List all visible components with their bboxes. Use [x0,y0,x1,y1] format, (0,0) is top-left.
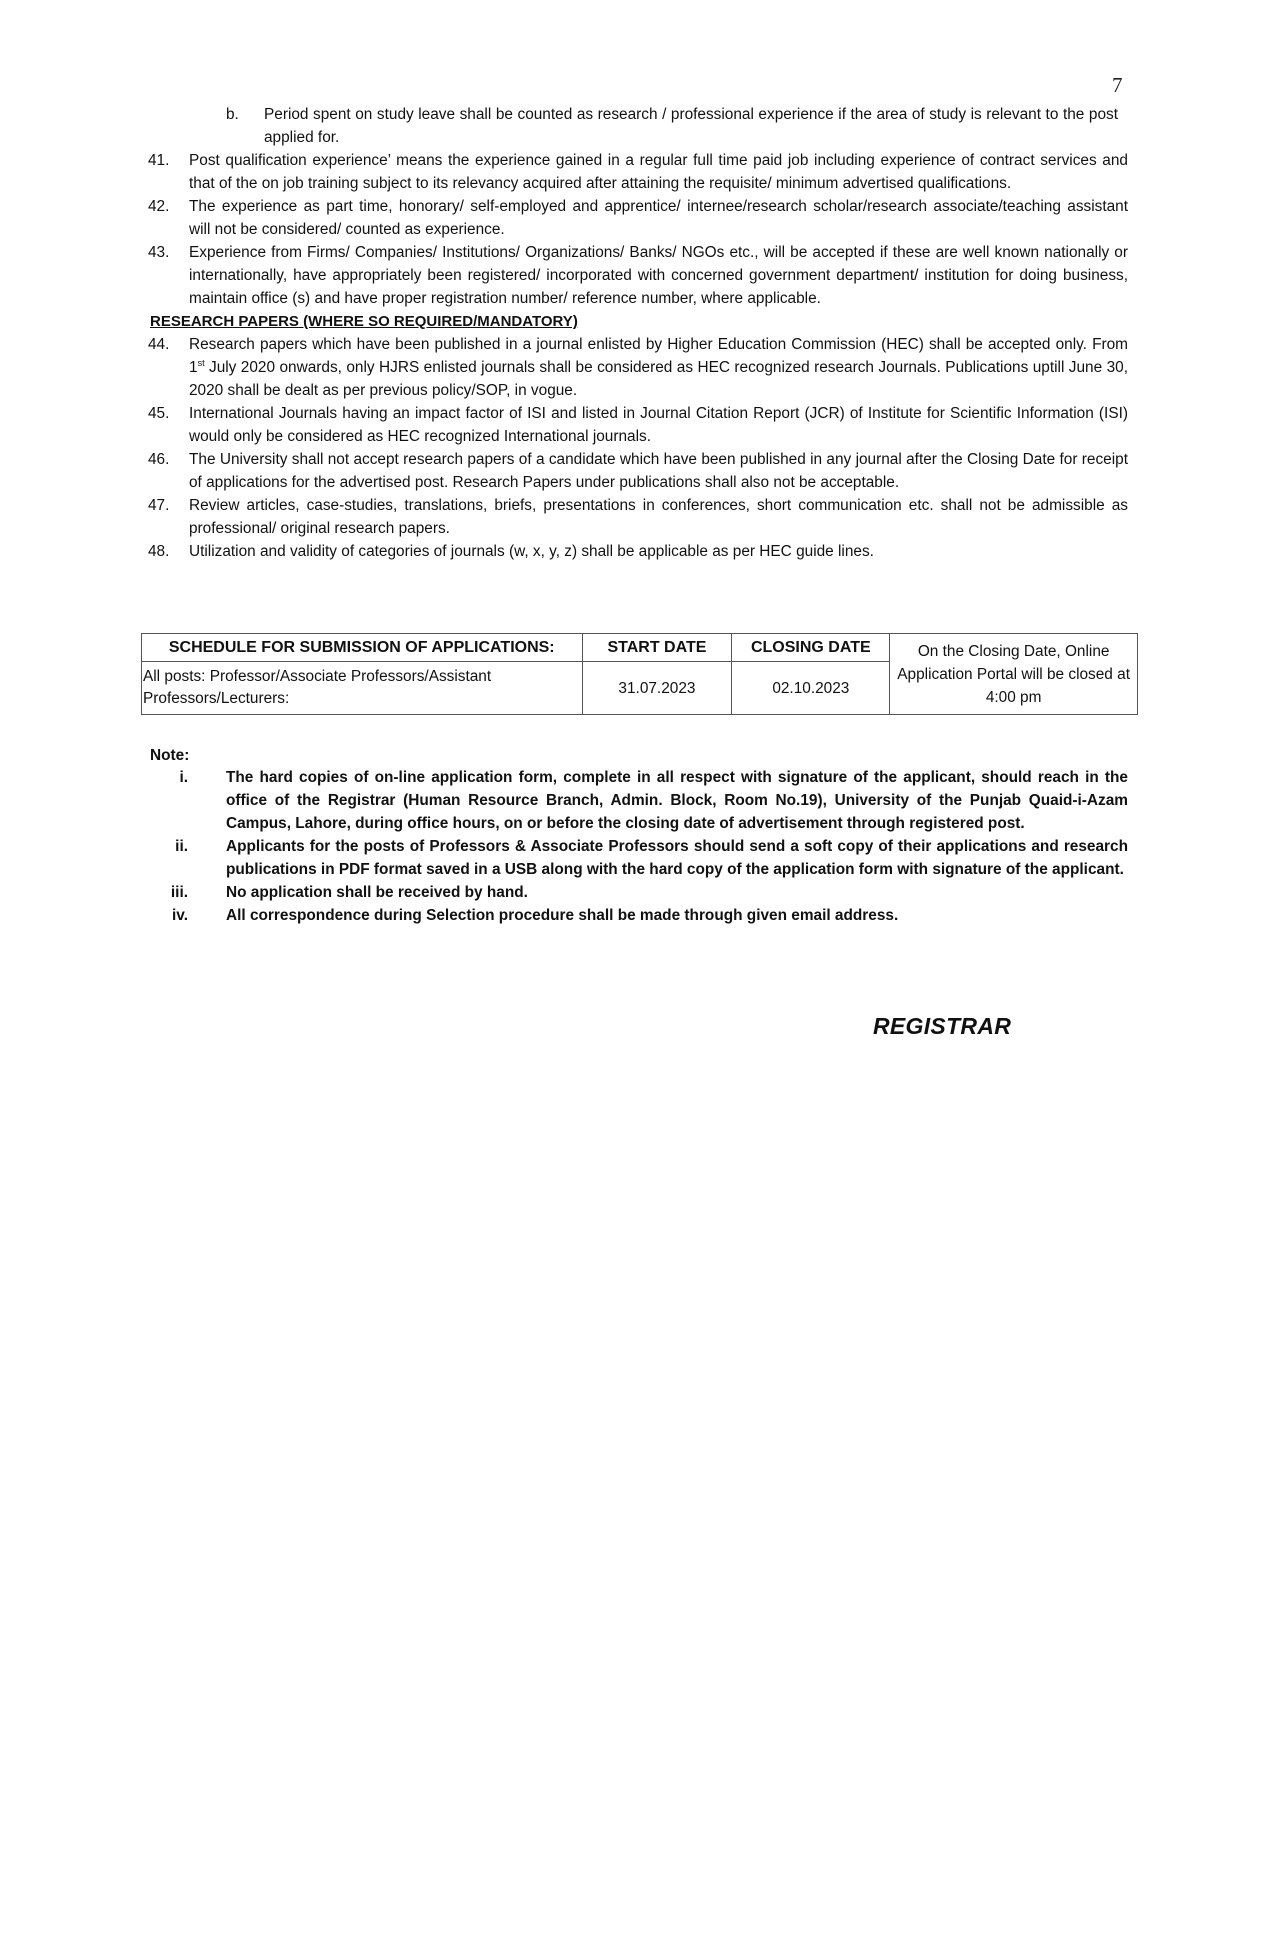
list-item-48: 48. Utilization and validity of categori… [0,540,1275,563]
item-number: 44. [148,333,169,356]
list-item-43: 43. Experience from Firms/ Companies/ In… [0,241,1275,310]
note-text: All correspondence during Selection proc… [226,904,1128,927]
item-number: 41. [148,149,169,172]
closing-note: On the Closing Date, Online Application … [890,634,1138,715]
header-schedule: SCHEDULE FOR SUBMISSION OF APPLICATIONS: [142,634,583,662]
note-marker: iii. [171,881,188,904]
item-text: Utilization and validity of categories o… [189,540,1128,563]
list-item-41: 41. Post qualification experience’ means… [0,149,1275,195]
notes-label: Note: [150,744,1275,766]
cell-posts: All posts: Professor/Associate Professor… [142,662,583,715]
cell-start-date: 31.07.2023 [582,662,732,715]
item-text: Period spent on study leave shall be cou… [264,103,1118,149]
item-text: International Journals having an impact … [189,402,1128,448]
schedule-table: SCHEDULE FOR SUBMISSION OF APPLICATIONS:… [141,633,1138,715]
table-header-row: SCHEDULE FOR SUBMISSION OF APPLICATIONS:… [142,634,1138,662]
item-number: 43. [148,241,169,264]
list-item-42: 42. The experience as part time, honorar… [0,195,1275,241]
item-text: The experience as part time, honorary/ s… [189,195,1128,241]
note-text: No application shall be received by hand… [226,881,1128,904]
item-text: Experience from Firms/ Companies/ Instit… [189,241,1128,310]
note-marker: iv. [172,904,188,927]
note-text: The hard copies of on-line application f… [226,766,1128,835]
header-closing-date: CLOSING DATE [732,634,890,662]
note-item-iv: iv. All correspondence during Selection … [0,904,1275,927]
research-papers-heading: RESEARCH PAPERS (WHERE SO REQUIRED/MANDA… [150,310,1275,333]
note-item-iii: iii. No application shall be received by… [0,881,1275,904]
note-text: Applicants for the posts of Professors &… [226,835,1128,881]
header-start-date: START DATE [582,634,732,662]
registrar-signature: REGISTRAR [873,1015,1011,1038]
list-item-46: 46. The University shall not accept rese… [0,448,1275,494]
list-item-47: 47. Review articles, case-studies, trans… [0,494,1275,540]
item-text: The University shall not accept research… [189,448,1128,494]
sub-item-b: b. Period spent on study leave shall be … [0,103,1275,149]
note-item-ii: ii. Applicants for the posts of Professo… [0,835,1275,881]
page-number: 7 [1112,74,1123,97]
ordinal-suffix: st [198,358,205,368]
note-marker: ii. [175,835,188,858]
item-number: 42. [148,195,169,218]
item-text-part: July 2020 onwards, only HJRS enlisted jo… [189,359,1128,399]
item-number: 47. [148,494,169,517]
item-marker: b. [226,103,239,126]
document-body: b. Period spent on study leave shall be … [0,103,1275,563]
item-text: Review articles, case-studies, translati… [189,494,1128,540]
note-item-i: i. The hard copies of on-line applicatio… [0,766,1275,835]
notes-section: Note: i. The hard copies of on-line appl… [0,744,1275,927]
item-text: Post qualification experience’ means the… [189,149,1128,195]
item-number: 46. [148,448,169,471]
item-text: Research papers which have been publishe… [189,333,1128,402]
list-item-45: 45. International Journals having an imp… [0,402,1275,448]
item-number: 45. [148,402,169,425]
list-item-44: 44. Research papers which have been publ… [0,333,1275,402]
cell-closing-date: 02.10.2023 [732,662,890,715]
note-marker: i. [179,766,188,789]
item-number: 48. [148,540,169,563]
